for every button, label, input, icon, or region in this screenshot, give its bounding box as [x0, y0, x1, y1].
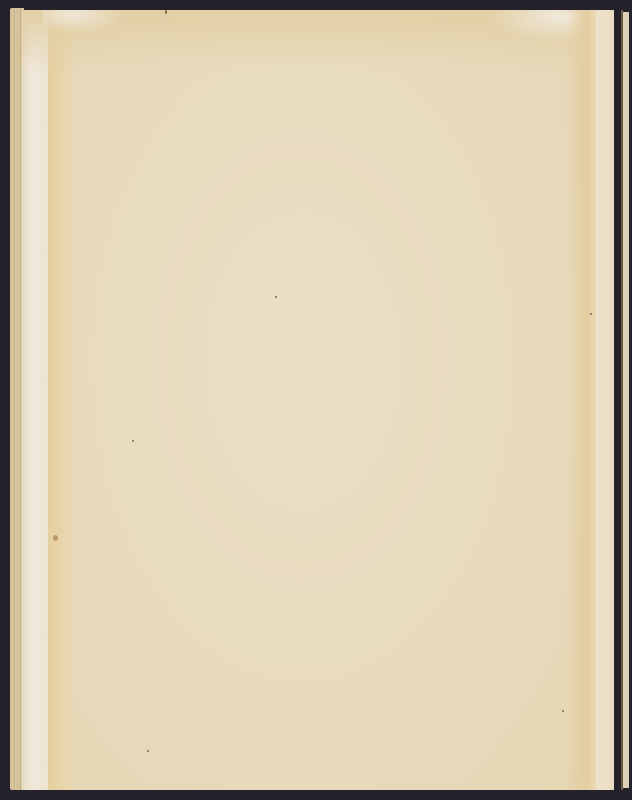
page-left-margin-strip: [22, 10, 48, 790]
paper-speck: [562, 710, 564, 712]
page-body: [72, 10, 584, 790]
page-right-fold: [596, 10, 614, 790]
paper-speck: [165, 10, 167, 14]
paper-speck: [132, 440, 134, 442]
paper-speck: [147, 750, 149, 752]
scanned-page-view: [0, 0, 632, 800]
blank-page: [22, 10, 614, 790]
paper-speck: [590, 313, 592, 315]
page-top-left-wear: [42, 10, 122, 32]
paper-speck: [275, 296, 277, 298]
page-right-discoloration: [566, 10, 596, 790]
adjacent-page-sliver: [623, 12, 629, 788]
paper-stain: [53, 535, 58, 541]
